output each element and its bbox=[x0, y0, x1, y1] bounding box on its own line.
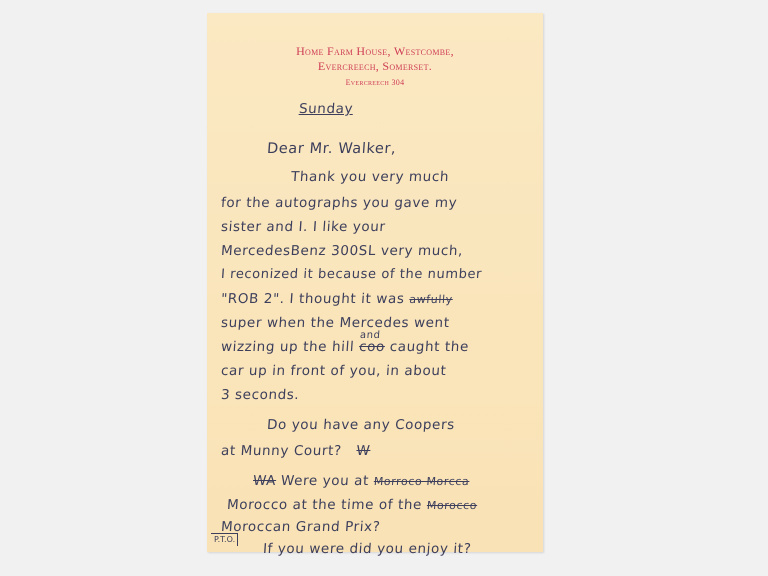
letter-line-11: Do you have any Coopers bbox=[266, 417, 455, 433]
letterhead-phone: Evercreech 304 bbox=[207, 76, 543, 90]
struck-word: coo bbox=[359, 339, 386, 355]
line-text: sister and I. I like your bbox=[220, 219, 386, 235]
letter-line-8: wizzing up the hill and coo caught the bbox=[220, 339, 469, 355]
line-text: wizzing up the hill bbox=[220, 339, 354, 355]
letterhead-address-line2: Evercreech, Somerset. bbox=[207, 59, 543, 74]
letter-line-15: Moroccan Grand Prix? bbox=[220, 519, 381, 535]
struck-word: Morocco bbox=[426, 499, 477, 512]
line-text: "ROB 2". I thought it was bbox=[220, 291, 405, 307]
struck-word: W bbox=[356, 443, 371, 459]
letter-line-13: WA Were you at Morroco Morcca bbox=[252, 473, 470, 489]
letterhead: Home Farm House, Westcombe, Evercreech, … bbox=[207, 44, 543, 90]
letter-line-9: car up in front of you, in about bbox=[220, 363, 447, 379]
letter-line-6: "ROB 2". I thought it was awfully bbox=[220, 291, 453, 307]
line-text: Morocco at the time of the bbox=[226, 497, 422, 513]
line-text: at Munny Court? bbox=[220, 443, 342, 459]
line-text: caught the bbox=[389, 339, 469, 355]
letter-paper: Home Farm House, Westcombe, Evercreech, … bbox=[207, 13, 543, 552]
line-text: Were you at bbox=[280, 473, 369, 489]
inserted-word: and bbox=[360, 330, 381, 341]
letter-line-16: If you were did you enjoy it? bbox=[262, 541, 471, 557]
inserted-word-group: and coo bbox=[359, 339, 391, 355]
struck-word: WA bbox=[252, 473, 276, 489]
letter-line-3: sister and I. I like your bbox=[220, 219, 386, 235]
struck-word: Morroco Morcca bbox=[373, 475, 469, 488]
letter-line-14: Morocco at the time of the Morocco bbox=[226, 497, 477, 513]
letter-line-1: Thank you very much bbox=[290, 169, 449, 185]
letter-line-4: MercedesBenz 300SL very much, bbox=[220, 243, 463, 259]
letter-line-12: at Munny Court? W bbox=[220, 443, 370, 459]
letter-line-5: I reconized it because of the number bbox=[220, 267, 482, 282]
salutation: Dear Mr. Walker, bbox=[266, 141, 396, 157]
letter-line-7: super when the Mercedes went bbox=[220, 315, 450, 331]
letter-line-2: for the autographs you gave my bbox=[220, 195, 457, 211]
letter-day: Sunday bbox=[298, 101, 353, 117]
letterhead-address-line1: Home Farm House, Westcombe, bbox=[207, 44, 543, 59]
letter-line-10: 3 seconds. bbox=[220, 387, 299, 403]
struck-word: awfully bbox=[409, 293, 453, 306]
pto-note: P.T.O. bbox=[211, 533, 238, 546]
